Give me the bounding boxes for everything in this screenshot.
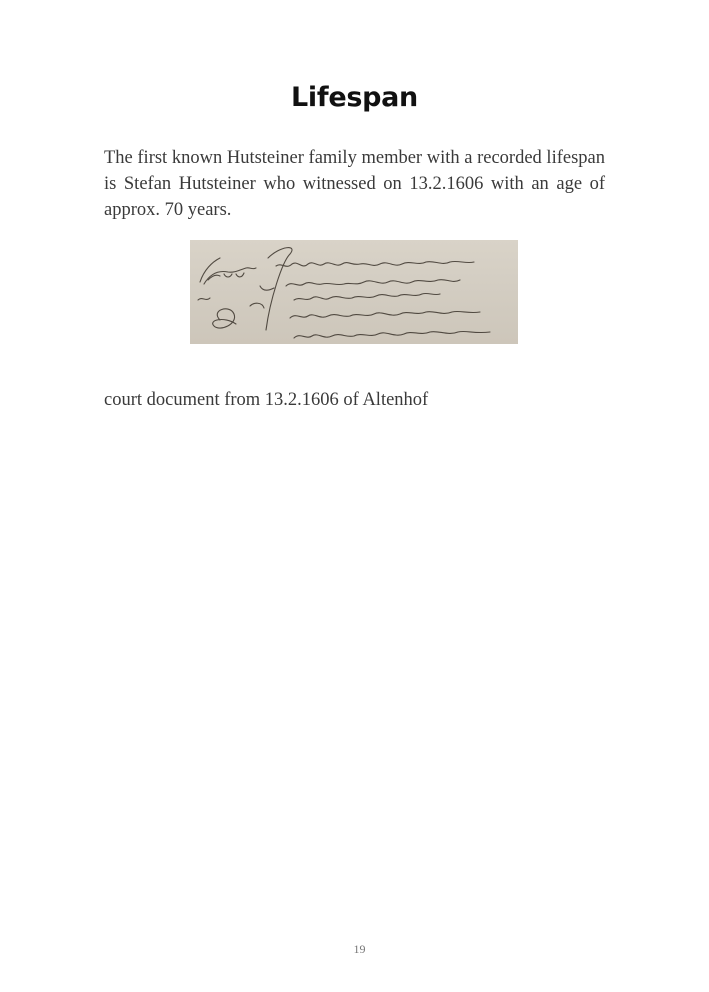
page-number: 19 (0, 942, 709, 957)
image-caption: court document from 13.2.1606 of Altenho… (104, 387, 428, 413)
manuscript-image (190, 240, 518, 344)
body-paragraph: The first known Hutsteiner family member… (104, 145, 605, 223)
document-page: Lifespan The first known Hutsteiner fami… (0, 0, 709, 992)
handwriting-illustration (190, 240, 518, 344)
page-title: Lifespan (0, 82, 709, 113)
